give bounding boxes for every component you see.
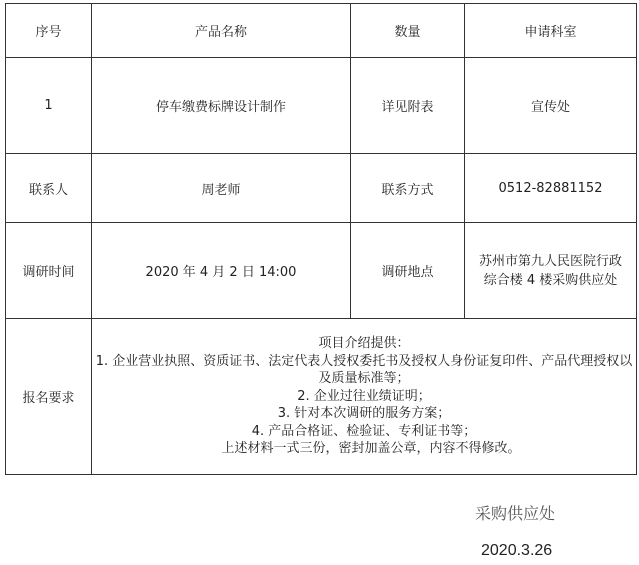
- header-quantity: 数量: [351, 4, 465, 58]
- row-product-name: 停车缴费标牌设计制作: [92, 58, 351, 154]
- survey-row: 调研时间 2020 年 4 月 2 日 14:00 调研地点 苏州市第九人民医院…: [6, 223, 637, 319]
- requirements-row: 报名要求 项目介绍提供： 1. 企业营业执照、资质证书、法定代表人授权委托书及授…: [6, 319, 637, 475]
- requirements-line: 上述材料一式三份，密封加盖公章，内容不得修改。: [92, 440, 636, 458]
- contact-method-value: 0512-82881152: [465, 154, 637, 223]
- signature-department: 采购供应处: [475, 501, 555, 524]
- requirements-line: 1. 企业营业执照、资质证书、法定代表人授权委托书及授权人身份证复印件、产品代理…: [92, 353, 636, 371]
- location-line-1: 苏州市第九人民医院行政: [465, 252, 636, 271]
- contact-value: 周老师: [92, 154, 351, 223]
- survey-time-label: 调研时间: [6, 223, 92, 319]
- survey-notice-table: 序号 产品名称 数量 申请科室 1 停车缴费标牌设计制作 详见附表 宣传处 联系…: [5, 3, 637, 475]
- header-department: 申请科室: [465, 4, 637, 58]
- row-quantity: 详见附表: [351, 58, 465, 154]
- requirements-label: 报名要求: [6, 319, 92, 475]
- contact-method-label: 联系方式: [351, 154, 465, 223]
- table-header-row: 序号 产品名称 数量 申请科室: [6, 4, 637, 58]
- requirements-line: 3. 针对本次调研的服务方案；: [92, 405, 636, 423]
- requirements-content: 项目介绍提供： 1. 企业营业执照、资质证书、法定代表人授权委托书及授权人身份证…: [92, 319, 637, 475]
- requirements-line: 及质量标准等；: [92, 370, 636, 388]
- signature-date: 2020.3.26: [481, 542, 552, 560]
- contact-label: 联系人: [6, 154, 92, 223]
- survey-time-value: 2020 年 4 月 2 日 14:00: [92, 223, 351, 319]
- table-row: 1 停车缴费标牌设计制作 详见附表 宣传处: [6, 58, 637, 154]
- header-product-name: 产品名称: [92, 4, 351, 58]
- requirements-line: 2. 企业过往业绩证明；: [92, 388, 636, 406]
- survey-location-value: 苏州市第九人民医院行政 综合楼 4 楼采购供应处: [465, 223, 637, 319]
- requirements-line: 项目介绍提供：: [92, 335, 636, 353]
- row-no: 1: [6, 58, 92, 154]
- survey-location-label: 调研地点: [351, 223, 465, 319]
- requirements-line: 4. 产品合格证、检验证、专利证书等；: [92, 423, 636, 441]
- row-department: 宣传处: [465, 58, 637, 154]
- header-no: 序号: [6, 4, 92, 58]
- location-line-2: 综合楼 4 楼采购供应处: [465, 271, 636, 290]
- contact-row: 联系人 周老师 联系方式 0512-82881152: [6, 154, 637, 223]
